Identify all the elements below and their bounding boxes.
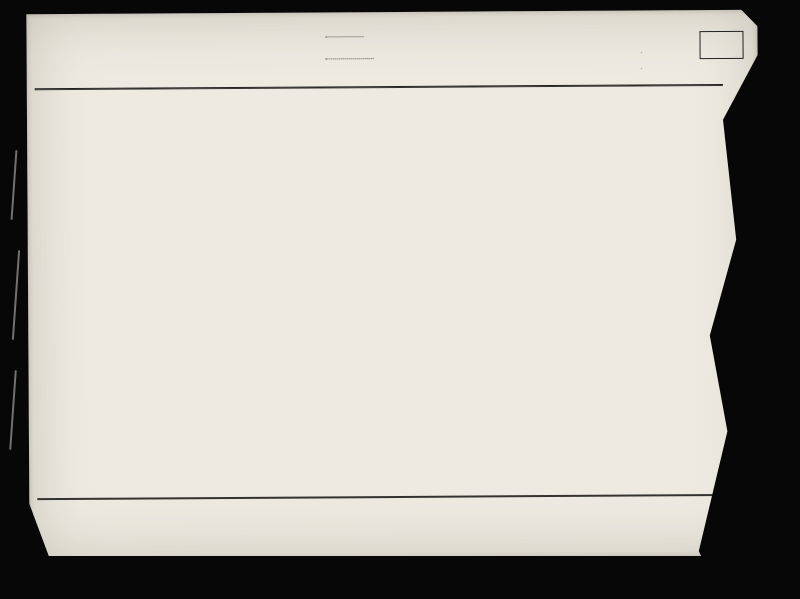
census-scan: , , <box>0 0 800 599</box>
explanatory-notes <box>37 498 723 546</box>
unincorporated-place-field <box>325 33 415 40</box>
margin-scribble <box>11 150 18 220</box>
form-fine-print <box>196 15 616 18</box>
photo-black-edge-bottom <box>0 556 800 599</box>
page-header: , , <box>40 23 745 85</box>
title-block <box>418 23 678 27</box>
margin-scribble <box>9 370 17 450</box>
fine-print-line-1 <box>196 15 616 18</box>
schedule-title <box>418 25 678 27</box>
department-line <box>418 23 678 25</box>
population-table <box>35 84 723 90</box>
enumerator-signature: , <box>641 61 642 70</box>
enumeration-date-field: , <box>641 45 642 54</box>
institution-field <box>326 55 416 62</box>
margin-scribble <box>12 250 20 340</box>
census-line <box>418 23 678 25</box>
census-sheet: , , <box>26 10 760 560</box>
sheet-number-box <box>699 31 743 59</box>
fine-print-line-2 <box>196 15 616 18</box>
